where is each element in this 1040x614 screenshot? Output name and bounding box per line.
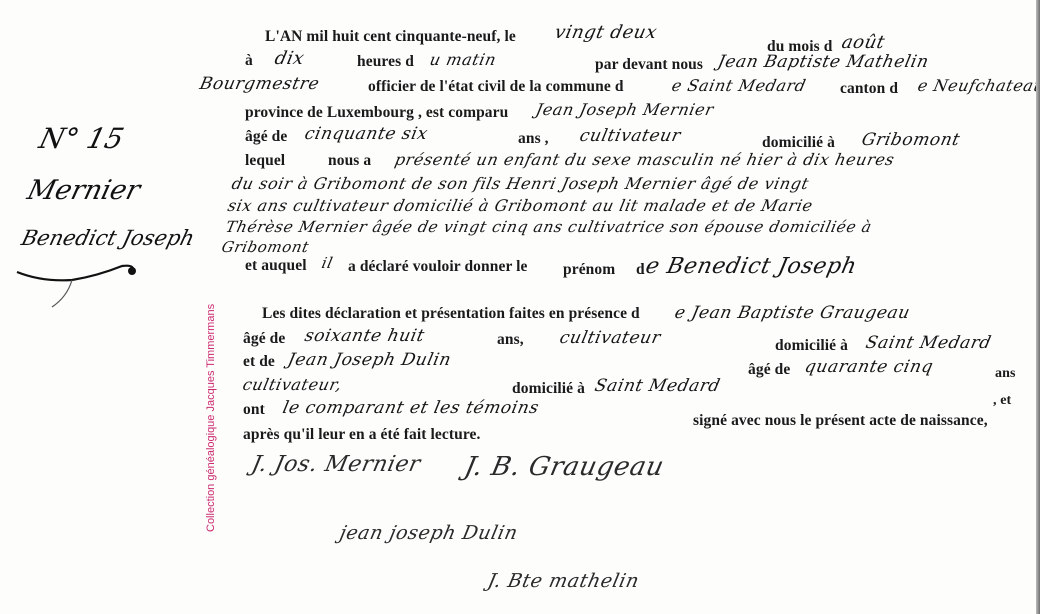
handwritten-given-name: e Benedict Joseph	[643, 254, 859, 279]
handwritten-declarant: Jean Joseph Mernier	[534, 100, 716, 119]
handwritten-body-line: du soir à Gribomont de son fils Henri Jo…	[230, 174, 811, 193]
handwritten-age: soixante huit	[303, 326, 427, 346]
print-text: ans ,	[518, 130, 549, 148]
handwritten-hour: dix	[273, 48, 307, 69]
handwritten-canton: e Neufchateau	[916, 76, 1040, 95]
print-text: lequel	[245, 152, 285, 170]
scan-edge	[1036, 0, 1040, 614]
print-text: par devant nous	[595, 56, 703, 74]
print-text: domicilié à	[775, 337, 848, 355]
print-text: domicilié à	[512, 380, 585, 398]
handwritten-profession: cultivateur	[578, 126, 683, 146]
handwritten-age: quarante cinq	[803, 357, 935, 377]
print-text: officier de l'état civil de la commune d	[368, 78, 624, 96]
handwritten-signers: le comparant et les témoins	[281, 398, 541, 418]
handwritten-residence: Saint Medard	[593, 376, 722, 396]
handwritten-pronoun: il	[320, 254, 335, 272]
print-text: a déclaré vouloir donner le	[348, 258, 528, 276]
margin-surname: Mernier	[24, 175, 143, 206]
handwritten-period: u matin	[428, 50, 498, 69]
print-text: âgé de	[243, 330, 285, 348]
handwritten-title: Bourgmestre	[198, 74, 321, 94]
signature-witness2: jean joseph Dulin	[338, 522, 520, 544]
print-text: et de	[243, 353, 275, 371]
print-text: ont	[243, 401, 265, 419]
print-text: , et	[993, 393, 1011, 409]
handwritten-profession: cultivateur,	[241, 375, 344, 394]
signature-witness1: J. B. Graugeau	[462, 452, 667, 482]
handwritten-residence: Gribomont	[860, 130, 962, 150]
handwritten-day: vingt deux	[553, 22, 659, 43]
print-text: après qu'il leur en a été fait lecture.	[243, 426, 481, 444]
print-text: âgé de	[748, 361, 790, 379]
print-text: et auquel	[245, 257, 307, 275]
collection-watermark: Collection généalogique Jacques Timmerma…	[205, 304, 217, 532]
handwritten-age: cinquante six	[303, 124, 430, 144]
signature-declarant: J. Jos. Mernier	[249, 452, 423, 477]
print-text: canton d	[840, 80, 898, 98]
flourish-decoration	[12, 262, 142, 312]
handwritten-officer: Jean Baptiste Mathelin	[716, 52, 931, 72]
handwritten-witness2: Jean Joseph Dulin	[286, 350, 453, 370]
print-text: prénom	[563, 261, 615, 279]
handwritten-residence: Saint Medard	[864, 333, 993, 353]
print-text: nous a	[328, 152, 371, 170]
handwritten-commune: e Saint Medard	[670, 76, 808, 95]
print-text: âgé de	[245, 128, 287, 146]
print-text: signé avec nous le présent acte de naiss…	[693, 412, 988, 430]
handwritten-body-line: présenté un enfant du sexe masculin né h…	[393, 150, 896, 169]
handwritten-body-line: Gribomont	[220, 238, 311, 256]
print-text: province de Luxembourg , est comparu	[245, 104, 508, 122]
print-text: heures d	[357, 53, 414, 71]
print-text: ans,	[497, 331, 524, 349]
handwritten-body-line: six ans cultivateur domicilié à Gribomon…	[226, 196, 815, 215]
scanned-document-page: N° 15 Mernier Benedict Joseph Collection…	[0, 0, 1036, 614]
print-text: L'AN mil huit cent cinquante-neuf, le	[265, 28, 516, 46]
print-text: Les dites déclaration et présentation fa…	[262, 305, 640, 323]
handwritten-witness1: e Jean Baptiste Graugeau	[673, 303, 912, 323]
handwritten-body-line: Thérèse Mernier âgée de vingt cinq ans c…	[224, 218, 873, 236]
signature-officer: J. Bte mathelin	[486, 570, 642, 592]
margin-given-names: Benedict Joseph	[19, 226, 197, 250]
print-text: à	[245, 52, 253, 70]
handwritten-month: août	[840, 32, 887, 53]
handwritten-profession: cultivateur	[558, 328, 663, 348]
print-text: ans	[995, 366, 1016, 382]
margin-record-number: N° 15	[36, 122, 127, 155]
